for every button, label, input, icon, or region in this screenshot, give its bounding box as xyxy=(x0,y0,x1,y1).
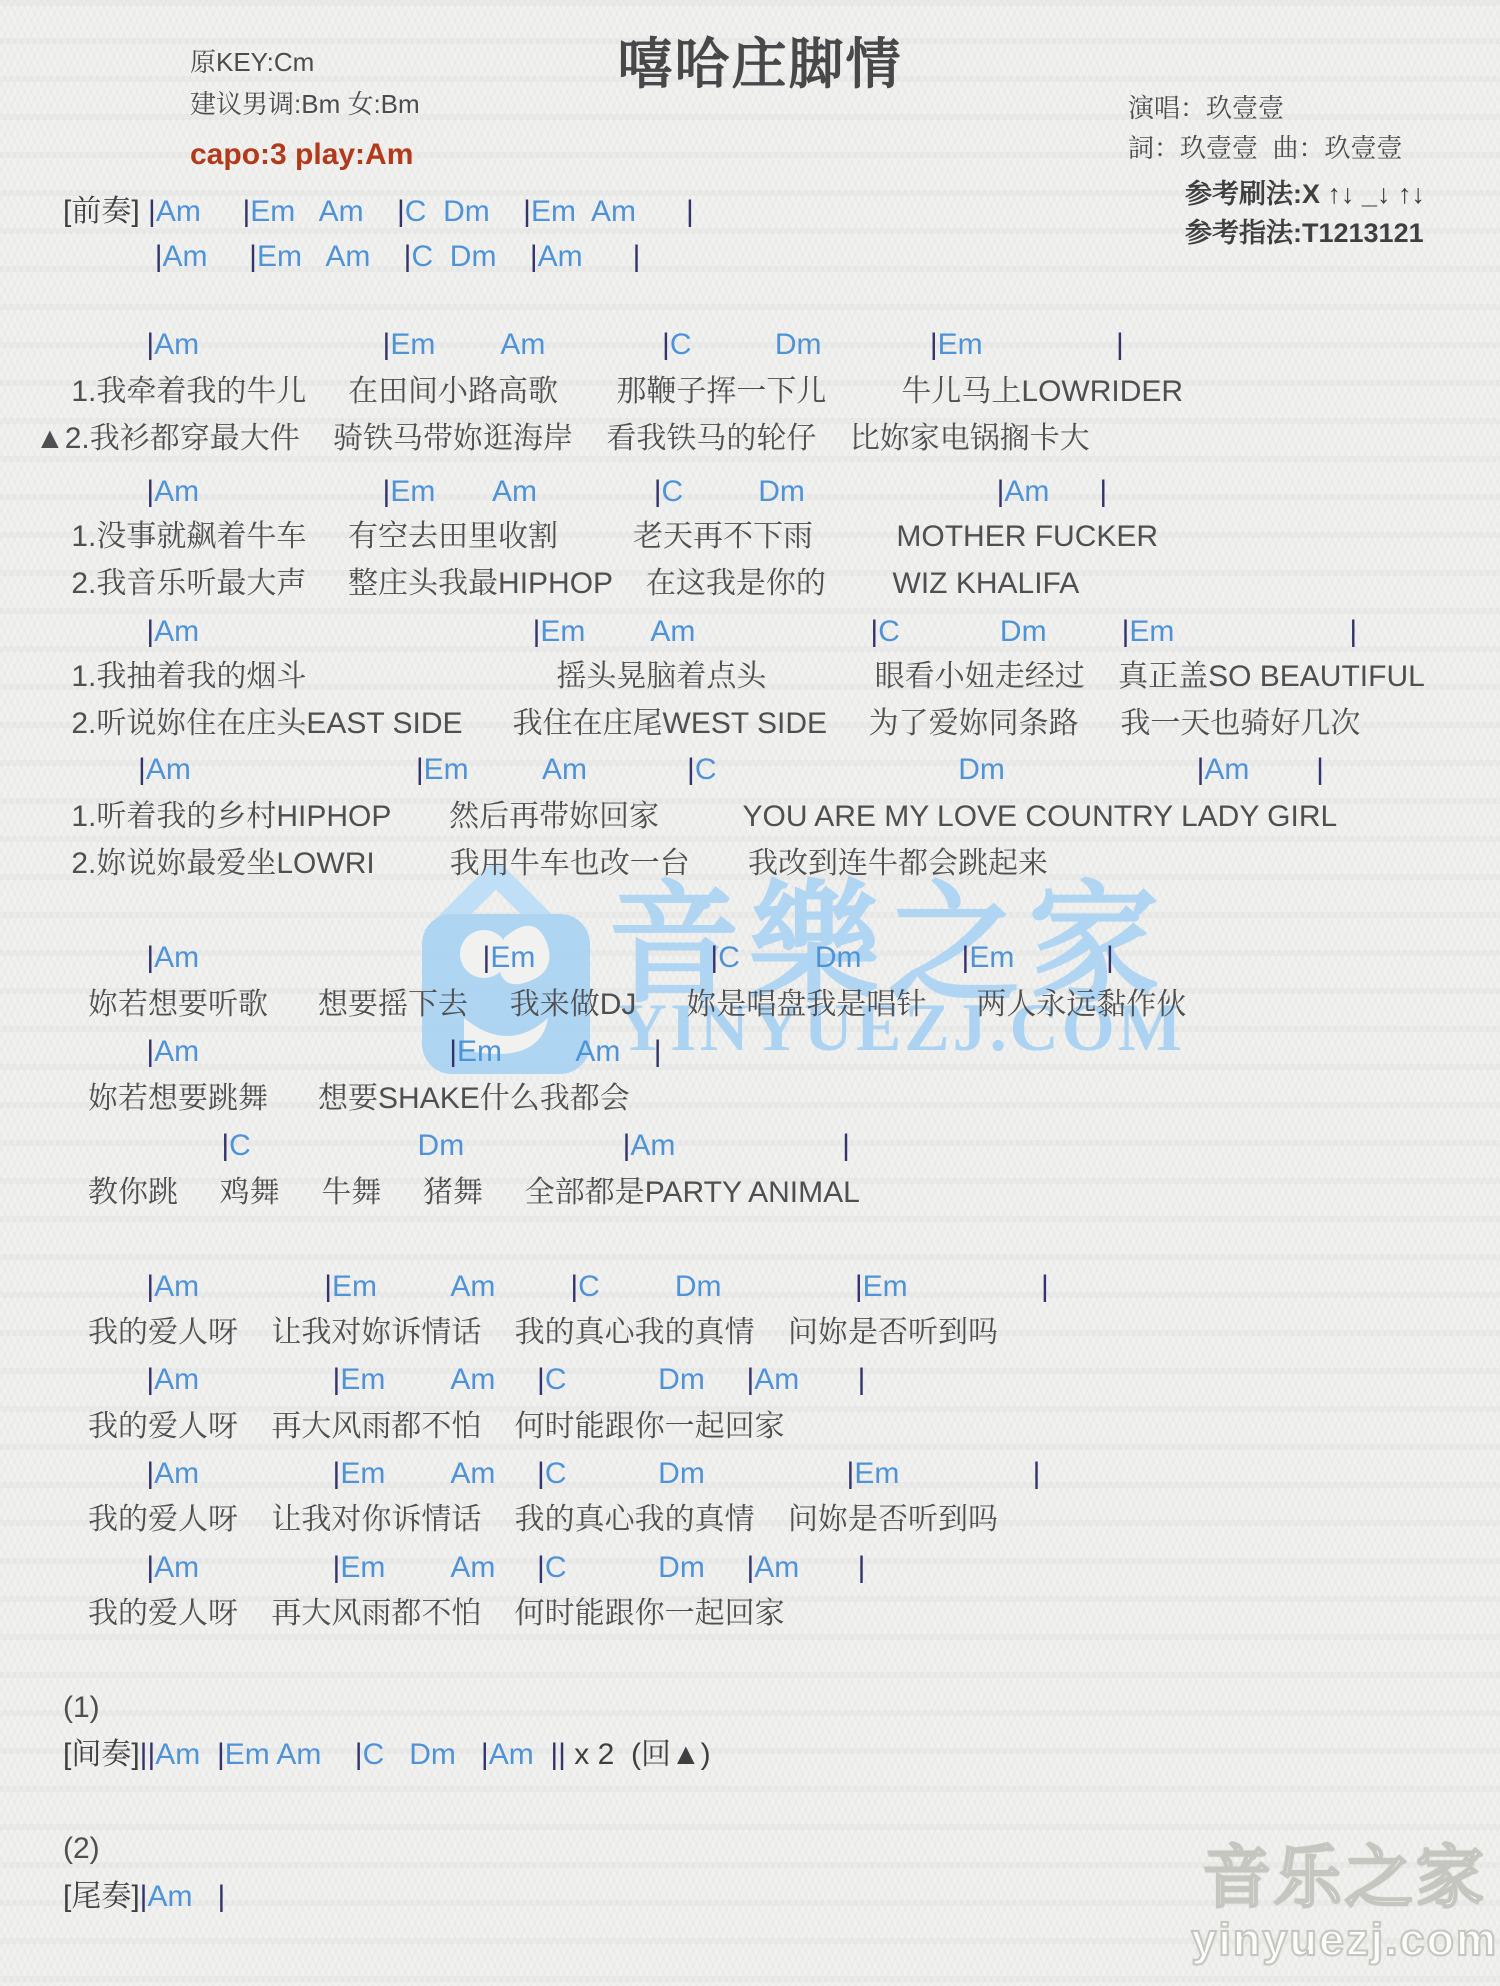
chord-line: |Am |Em Am |C Dm |Em | xyxy=(63,328,1124,363)
chord-line: |Am |Em Am |C Dm |Em Am | xyxy=(140,195,694,228)
chord-line-text: |Am |Em Am |C Dm |Am | xyxy=(63,1551,865,1584)
chord-line-text: |C Dm |Am | xyxy=(63,1129,850,1162)
lyric-line: 妳若想要跳舞 想要SHAKE什么我都会 xyxy=(63,1082,630,1117)
lyric-line: 1.没事就飙着牛车 有空去田里收割 老天再不下雨 MOTHER FUCKER xyxy=(63,520,1158,555)
chord-line-text: |Am | xyxy=(140,1880,226,1913)
lyric-line: 2.妳说妳最爱坐LOWRI 我用牛车也改一台 我改到连牛都会跳起来 xyxy=(63,847,1048,882)
intro-line: |Am |Em Am |C Dm |Am | xyxy=(63,240,640,275)
chord-line: |Am |Em Am |C Dm |Am | xyxy=(63,475,1107,510)
chord-line-text: ||Am |Em Am |C Dm |Am || xyxy=(140,1738,566,1771)
lyric-line: 1.我抽着我的烟斗 摇头晃脑着点头 眼看小妞走经过 真正盖SO BEAUTIFU… xyxy=(63,660,1425,695)
chord-line: |C Dm |Am | xyxy=(63,1129,850,1164)
chord-line-text: |Am |Em Am |C Dm |Em | xyxy=(63,615,1357,648)
intro-line: [前奏] |Am |Em Am |C Dm |Em Am | xyxy=(63,195,694,230)
interlude-line: [间奏]||Am |Em Am |C Dm |Am || x 2 (回▲) xyxy=(63,1738,711,1773)
chord-line: |Am |Em Am |C Dm |Am | xyxy=(63,240,640,273)
chord-line: |Am |Em Am |C Dm |Em | xyxy=(63,1457,1040,1492)
singer-credit: 演唱：玖壹壹 xyxy=(1128,88,1284,125)
outro-line: [尾奏]|Am | xyxy=(63,1880,225,1915)
lyrics-composer-credit: 詞：玖壹壹 曲：玖壹壹 xyxy=(1128,128,1402,165)
chord-line-text: |Am |Em Am |C Dm |Em | xyxy=(63,328,1124,361)
chord-line: |Am |Em Am |C Dm |Em | xyxy=(63,1270,1049,1305)
fingering-pattern: 参考指法:T1213121 xyxy=(1185,211,1424,250)
chord-line-text: |Am |Em Am |C Dm |Em | xyxy=(63,1270,1049,1303)
chord-sheet-page: 音樂之家 YINYUEZJ.COM 原KEY:Cm 建议男调:Bm 女:Bm c… xyxy=(0,0,1500,1986)
page-title: 嘻哈庄脚情 xyxy=(455,20,1065,99)
watermark-corner: 音乐之家 yinyuezj.com xyxy=(1191,1843,1498,1966)
lyric-line: 教你跳 鸡舞 牛舞 猪舞 全部都是PARTY ANIMAL xyxy=(63,1176,860,1211)
chord-line: |Am |Em Am |C Dm |Am | xyxy=(63,753,1324,788)
lyric-line: 1.我牵着我的牛儿 在田间小路高歌 那鞭子挥一下儿 牛儿马上LOWRIDER xyxy=(63,375,1183,410)
chord-line: |Am |Em |C Dm |Em | xyxy=(63,941,1114,976)
chord-line-text: |Am |Em Am |C Dm |Am | xyxy=(63,753,1324,786)
chord-line-text: |Am |Em Am |C Dm |Am | xyxy=(63,1363,865,1396)
chord-line-text: |Am |Em Am |C Dm |Em | xyxy=(63,1457,1040,1490)
lyric-line: 我的爱人呀 再大风雨都不怕 何时能跟你一起回家 xyxy=(63,1410,785,1445)
chord-line: |Am |Em Am |C Dm |Am | xyxy=(63,1551,865,1586)
lyric-line: 我的爱人呀 让我对你诉情话 我的真心我的真情 问妳是否听到吗 xyxy=(63,1503,998,1538)
lyric-line: ▲2.我衫都穿最大件 骑铁马带妳逛海岸 看我铁马的轮仔 比妳家电锅搁卡大 xyxy=(35,422,1090,457)
lyric-line: 妳若想要听歌 想要摇下去 我来做DJ 妳是唱盘我是唱针 两人永远黏作伙 xyxy=(63,988,1186,1023)
section-label-interlude: [间奏] xyxy=(63,1738,140,1771)
strum-pattern: 参考刷法:X ↑↓ _↓ ↑↓ xyxy=(1185,172,1425,211)
lyric-line: 我的爱人呀 让我对妳诉情话 我的真心我的真情 问妳是否听到吗 xyxy=(63,1316,998,1351)
chord-line-text: |Am |Em Am |C Dm |Am | xyxy=(63,475,1107,508)
watermark-corner-cjk: 音乐之家 xyxy=(1191,1843,1498,1914)
chord-line: |Am |Em Am |C Dm |Am | xyxy=(63,1363,865,1398)
section-label-intro: [前奏] xyxy=(63,195,140,228)
lyric-line: 1.听着我的乡村HIPHOP 然后再带妳回家 YOU ARE MY LOVE C… xyxy=(63,800,1337,835)
chord-line: |Am |Em Am |C Dm |Em | xyxy=(63,615,1357,650)
capo-label: capo:3 play:Am xyxy=(190,138,413,172)
lyric-line: 2.我音乐听最大声 整庄头我最HIPHOP 在这我是你的 WIZ KHALIFA xyxy=(63,567,1079,602)
chord-line: |Am |Em Am | xyxy=(63,1035,662,1070)
original-key-label: 原KEY:Cm xyxy=(190,42,314,79)
lyric-line: 2.听说妳住在庄头EAST SIDE 我住在庄尾WEST SIDE 为了爱妳同条… xyxy=(63,707,1360,742)
section-label-outro: [尾奏] xyxy=(63,1880,140,1913)
chord-line-text: |Am |Em Am | xyxy=(63,1035,662,1068)
repeat-instruction: x 2 (回▲) xyxy=(566,1738,711,1771)
watermark-corner-url: yinyuezj.com xyxy=(1191,1914,1498,1966)
rehearsal-mark-2: (2) xyxy=(63,1832,100,1867)
rehearsal-mark-1: (1) xyxy=(63,1691,100,1726)
chord-line-text: |Am |Em |C Dm |Em | xyxy=(63,941,1114,974)
suggested-key-label: 建议男调:Bm 女:Bm xyxy=(190,84,420,121)
lyric-line: 我的爱人呀 再大风雨都不怕 何时能跟你一起回家 xyxy=(63,1597,785,1632)
